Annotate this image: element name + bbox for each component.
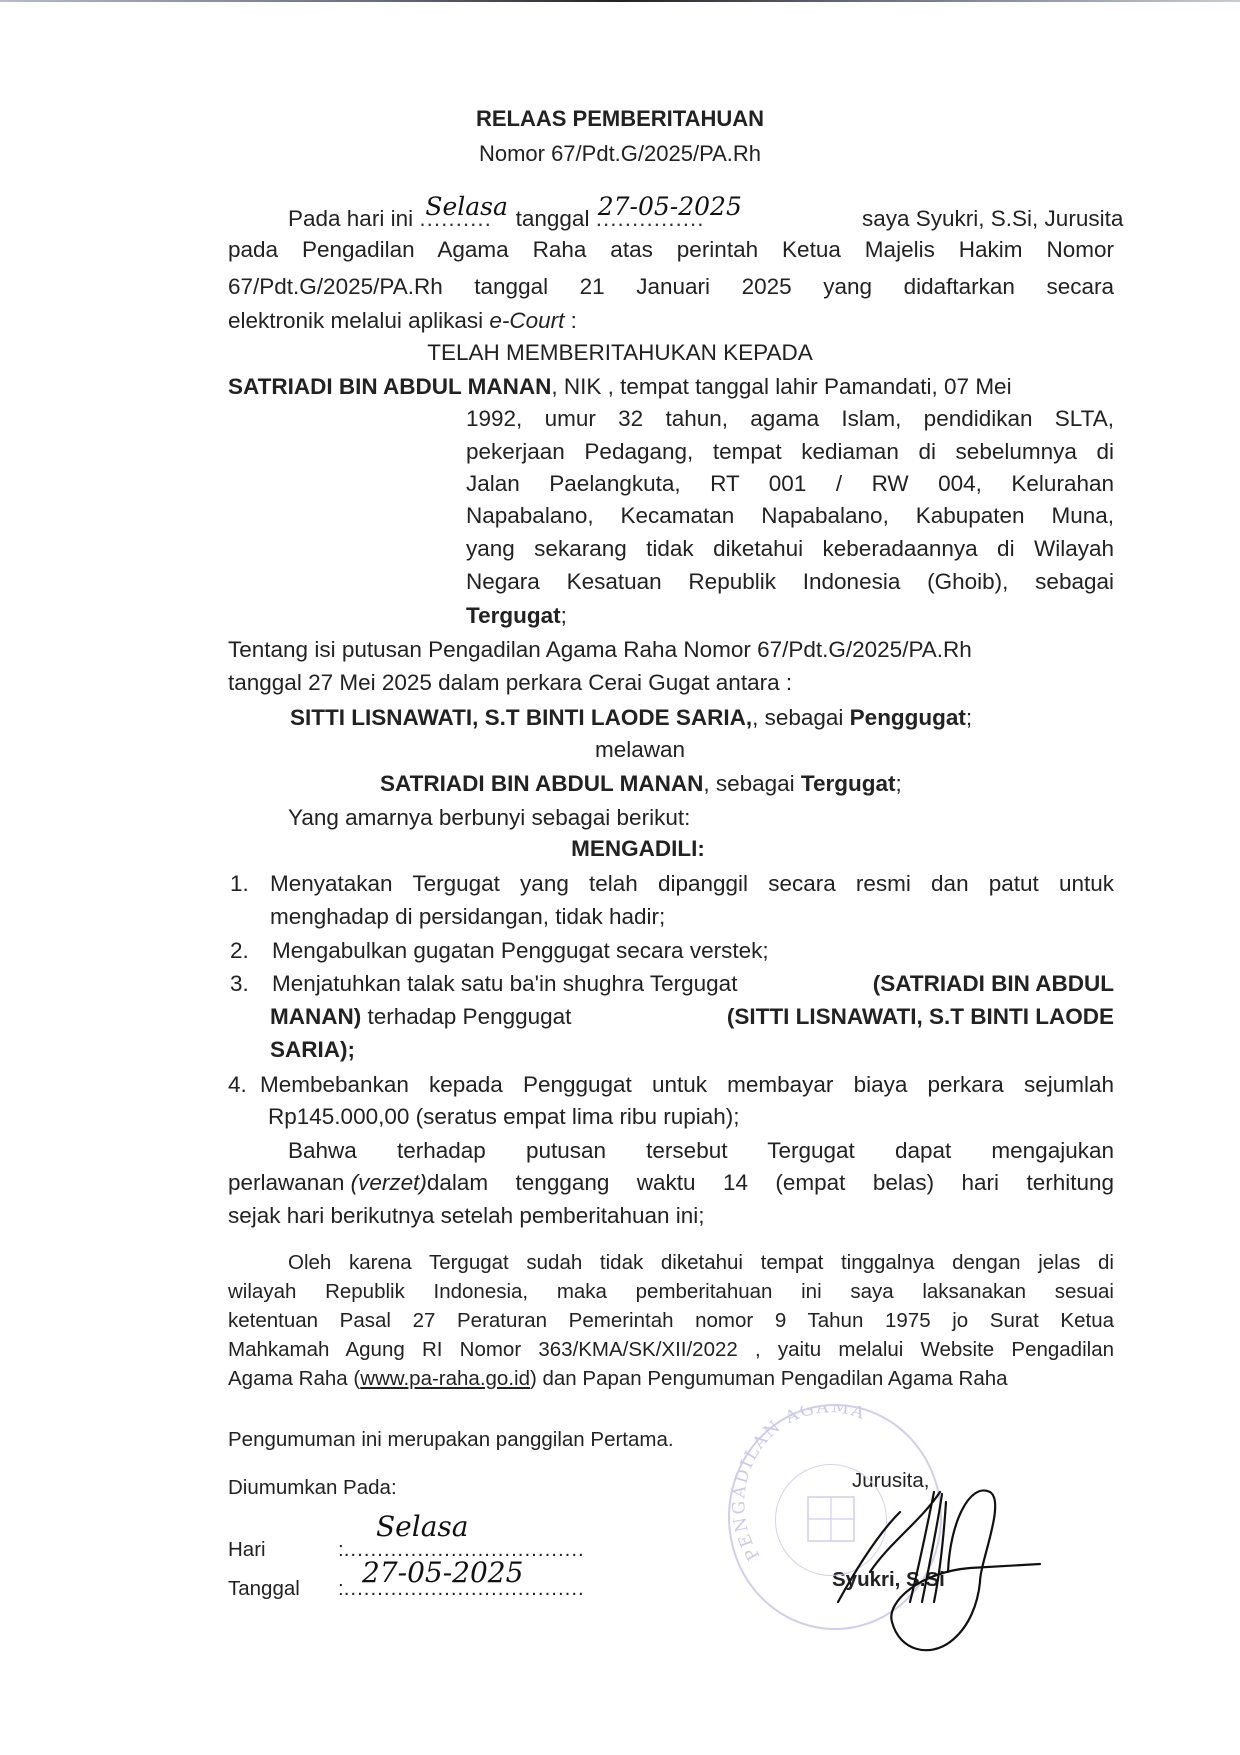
verdict-party: MANAN) xyxy=(270,1004,361,1029)
punctuation: ; xyxy=(896,771,902,796)
verdict-text: terhadap Penggugat xyxy=(361,1004,571,1029)
objection-text: dalam tenggang waktu 14 (empat belas) ha… xyxy=(427,1168,1114,1197)
opening-text: elektronik melalui aplikasi xyxy=(228,308,489,333)
defendant-role: Tergugat; xyxy=(466,601,567,630)
handwritten-date-value: 27-05-2025 xyxy=(362,1556,523,1589)
objection-line-2: perlawanan (verzet) dalam tenggang waktu… xyxy=(228,1168,1114,1197)
verdict-item-3-line-1: Menjatuhkan talak satu ba'in shughra Ter… xyxy=(272,969,1114,998)
ecourt-text: e-Court xyxy=(489,308,564,333)
opening-text: Pada hari ini xyxy=(288,206,413,231)
handwritten-date: 27-05-2025 xyxy=(598,192,742,221)
punctuation: ; xyxy=(561,603,567,628)
defendant-detail: , NIK , tempat tanggal lahir Pamandati, … xyxy=(551,374,1011,399)
website-link[interactable]: www.pa-raha.go.id xyxy=(360,1367,530,1390)
verdict-party: (SATRIADI BIN ABDUL xyxy=(873,969,1114,998)
opening-line-2: pada Pengadilan Agama Raha atas perintah… xyxy=(228,235,1114,264)
defendant-role-label: Tergugat xyxy=(466,603,561,628)
plaintiff-name: SITTI LISNAWATI, S.T BINTI LAODE SARIA, xyxy=(290,705,752,730)
reason-line-4: Mahkamah Agung RI Nomor 363/KMA/SK/XII/2… xyxy=(228,1335,1114,1364)
handwritten-day-value: Selasa xyxy=(376,1510,468,1543)
defendant-detail-line: Napabalano, Kecamatan Napabalano, Kabupa… xyxy=(466,501,1114,530)
defendant-line-1: SATRIADI BIN ABDUL MANAN, NIK , tempat t… xyxy=(228,372,1012,401)
opening-line-3: 67/Pdt.G/2025/PA.Rh tanggal 21 Januari 2… xyxy=(228,272,1114,301)
date-label: Tanggal xyxy=(228,1574,300,1603)
reason-line-2: wilayah Republik Indonesia, maka pemberi… xyxy=(228,1277,1114,1306)
defendant-party-role: Tergugat xyxy=(801,771,896,796)
verdict-item-3-num: 3. xyxy=(230,969,249,998)
verdict-item-3-line-2: MANAN) terhadap Penggugat (SITTI LISNAWA… xyxy=(270,1002,1114,1031)
verdict-item-1-line-2: menghadap di persidangan, tidak hadir; xyxy=(270,902,665,931)
reason-text: ) dan Papan Pengumuman Pengadilan Agama … xyxy=(530,1367,1008,1390)
about-line-2: tanggal 27 Mei 2025 dalam perkara Cerai … xyxy=(228,668,792,697)
verdict-item-1-num: 1. xyxy=(230,869,249,898)
opening-text: : xyxy=(564,308,577,333)
defendant-detail-line: Jalan Paelangkuta, RT 001 / RW 004, Kelu… xyxy=(466,469,1114,498)
reason-line-3: ketentuan Pasal 27 Peraturan Pemerintah … xyxy=(228,1306,1114,1335)
verdict-intro: Yang amarnya berbunyi sebagai berikut: xyxy=(288,803,690,832)
reason-line-5: Agama Raha (www.pa-raha.go.id) dan Papan… xyxy=(228,1364,1008,1393)
handwritten-day: Selasa xyxy=(425,192,508,221)
verdict-item-2-line-1: Mengabulkan gugatan Penggugat secara ver… xyxy=(272,936,769,965)
plaintiff-role: Penggugat xyxy=(850,705,966,730)
versus-text: melawan xyxy=(20,737,1240,763)
party-text: , sebagai xyxy=(703,771,801,796)
opening-line-1: Pada hari ini .......... Selasa tanggal … xyxy=(288,204,724,233)
defendant-party-name: SATRIADI BIN ABDUL MANAN xyxy=(380,771,703,796)
punctuation: ; xyxy=(966,705,972,730)
plaintiff-line: SITTI LISNAWATI, S.T BINTI LAODE SARIA,,… xyxy=(290,703,972,732)
opening-text: tanggal xyxy=(516,206,590,231)
announcement-text: Pengumuman ini merupakan panggilan Perta… xyxy=(228,1425,674,1454)
verdict-item-4-line-2: Rp145.000,00 (seratus empat lima ribu ru… xyxy=(268,1102,740,1131)
defendant-name: SATRIADI BIN ABDUL MANAN xyxy=(228,374,551,399)
party-text: , sebagai xyxy=(752,705,850,730)
defendant-detail-line: pekerjaan Pedagang, tempat kediaman di s… xyxy=(466,437,1114,466)
defendant-party-line: SATRIADI BIN ABDUL MANAN, sebagai Tergug… xyxy=(380,769,902,798)
verdict-heading: MENGADILI: xyxy=(18,836,1240,862)
document-page: RELAAS PEMBERITAHUAN Nomor 67/Pdt.G/2025… xyxy=(0,0,1240,1755)
announced-on-label: Diumumkan Pada: xyxy=(228,1473,397,1502)
verdict-party: (SITTI LISNAWATI, S.T BINTI LAODE xyxy=(727,1002,1114,1031)
notice-heading: TELAH MEMBERITAHUKAN KEPADA xyxy=(0,340,1240,366)
defendant-detail-line: yang sekarang tidak diketahui keberadaan… xyxy=(466,534,1114,563)
verzet-text: (verzet) xyxy=(351,1170,427,1195)
document-title: RELAAS PEMBERITAHUAN xyxy=(0,106,1240,132)
verdict-item-4-num: 4. xyxy=(228,1070,247,1099)
verdict-item-1-line-1: Menyatakan Tergugat yang telah dipanggil… xyxy=(270,869,1114,898)
verdict-item-2-num: 2. xyxy=(230,936,249,965)
reason-line-1: Oleh karena Tergugat sudah tidak diketah… xyxy=(288,1248,1114,1277)
about-line-1: Tentang isi putusan Pengadilan Agama Rah… xyxy=(228,635,972,664)
objection-line-1: Bahwa terhadap putusan tersebut Tergugat… xyxy=(288,1136,1114,1165)
reason-text: Agama Raha ( xyxy=(228,1367,360,1390)
defendant-detail-line: 1992, umur 32 tahun, agama Islam, pendid… xyxy=(466,404,1114,433)
verdict-text: Menjatuhkan talak satu ba'in shughra Ter… xyxy=(272,969,737,998)
day-label: Hari xyxy=(228,1535,266,1564)
verdict-item-3-line-3: SARIA); xyxy=(270,1035,355,1064)
verdict-item-4-line-1: Membebankan kepada Penggugat untuk memba… xyxy=(260,1070,1114,1099)
document-number: Nomor 67/Pdt.G/2025/PA.Rh xyxy=(0,141,1240,167)
objection-text: perlawanan xyxy=(228,1170,351,1195)
opening-line-1-end: saya Syukri, S.Si, Jurusita xyxy=(862,204,1123,233)
objection-line-3: sejak hari berikutnya setelah pemberitah… xyxy=(228,1201,705,1230)
opening-line-4: elektronik melalui aplikasi e-Court : xyxy=(228,306,577,335)
defendant-detail-line: Negara Kesatuan Republik Indonesia (Ghoi… xyxy=(466,567,1114,596)
